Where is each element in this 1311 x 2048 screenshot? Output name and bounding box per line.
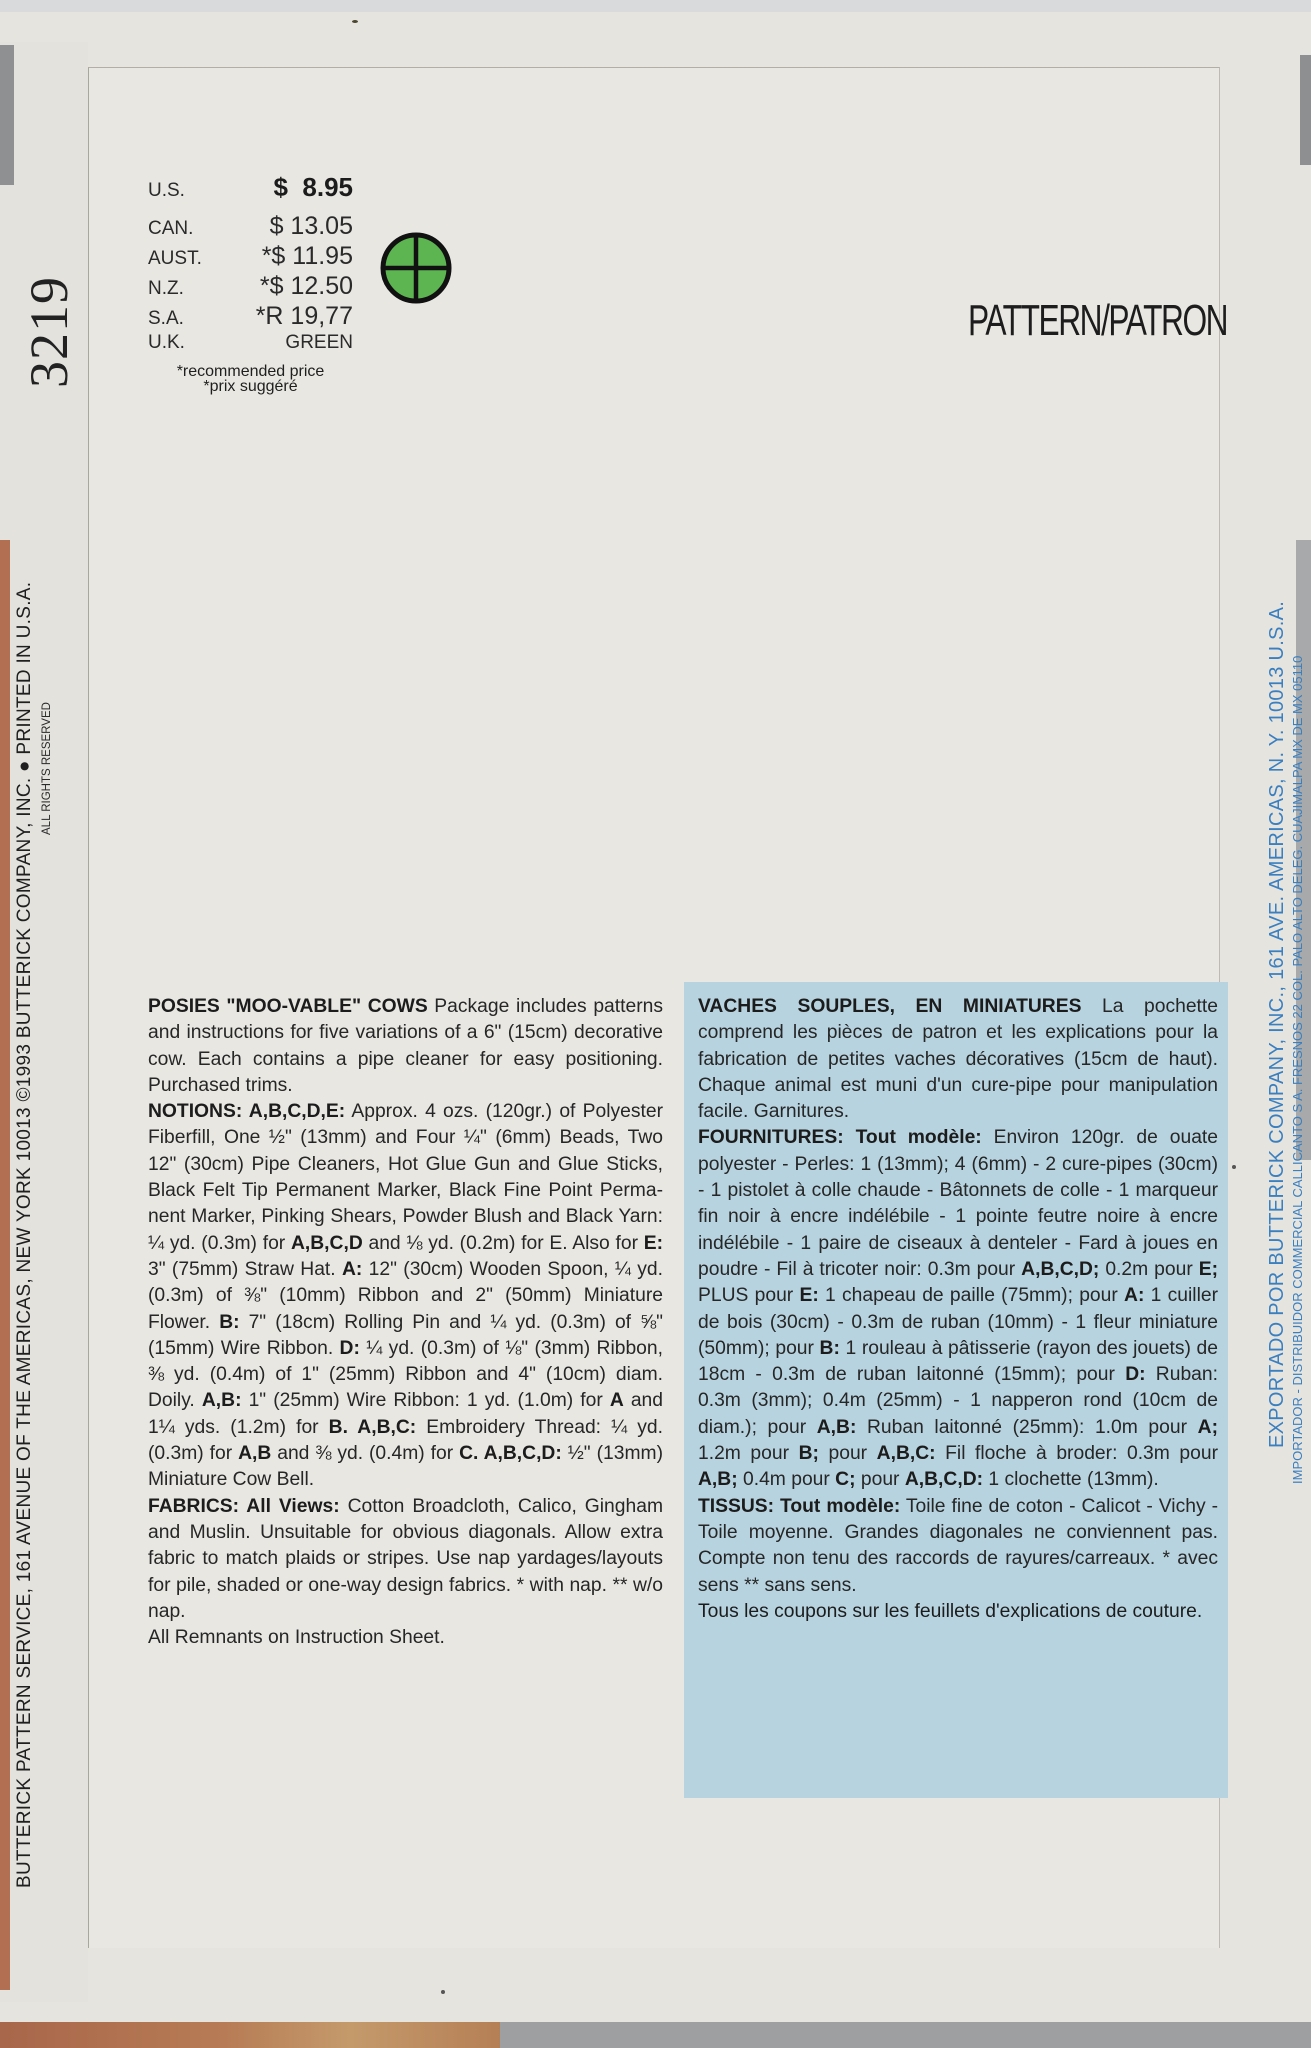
price-country: U.K. [148,332,185,354]
english-description: POSIES "MOO-VABLE" COWS Package includes… [148,994,663,1651]
view-label: A,B,C: [877,1443,936,1464]
notions-text: Approx. 4 ozs. (120gr.) of Polyester Fib… [148,1101,663,1253]
price-amount: GREEN [285,332,353,354]
price-country: S.A. [148,308,184,330]
paper-speck [1232,1165,1236,1169]
view-label: B: [820,1338,840,1359]
notions-text: 1" (25mm) Wire Ribbon: 1 yd. (1.0m) for [242,1390,610,1411]
spine-rights-text: ALL RIGHTS RESERVED [40,702,54,835]
fournitures-text: 0.2m pour [1099,1259,1198,1280]
view-label: A,B,C,D; [1021,1259,1099,1280]
price-row: S.A. *R 19,77 [148,302,353,332]
view-label: A: [1124,1285,1144,1306]
price-row: U.K. GREEN [148,332,353,362]
view-label: B: [219,1312,239,1333]
product-heading: VACHES SOUPLES, EN MINIATURES [698,996,1081,1017]
paper-speck [441,1990,445,1994]
description-paragraph: VACHES SOUPLES, EN MINIATURES La pochett… [698,994,1218,1125]
tissus-paragraph: TISSUS: Tout modèle: Toile fine de coton… [698,1494,1218,1599]
price-country: U.S. [148,180,185,202]
coupons-note: Tous les coupons sur les feuillets d'exp… [698,1599,1218,1625]
fabrics-label: FABRICS: All Views: [148,1496,340,1517]
view-label: D: [340,1338,360,1359]
fournitures-text: PLUS pour [698,1285,799,1306]
fournitures-text: pour [856,1469,905,1490]
fournitures-text: 1.2m pour [698,1443,799,1464]
price-row: N.Z. *$ 12.50 [148,272,353,302]
fournitures-paragraph: FOURNITURES: Tout modèle: Environ 120gr.… [698,1125,1218,1493]
view-label: A,B: [817,1417,857,1438]
price-row: AUST. *$ 11.95 [148,242,353,272]
remnants-note: All Remnants on Instruction Sheet. [148,1625,663,1651]
notions-text: and ⅜ yd. (0.4m) for [271,1443,459,1464]
price-country: N.Z. [148,278,184,300]
pattern-number: 3219 [18,276,80,388]
notions-text: 3" (75mm) Straw Hat. [148,1259,342,1280]
price-country: CAN. [148,218,193,240]
fournitures-text: pour [819,1443,877,1464]
view-label: D: [1125,1364,1145,1385]
edge-shadow [0,45,14,185]
pattern-title: PATTERN/PATRON [968,296,1227,346]
price-note-fr: *prix suggéré [148,379,353,394]
left-color-stripe [0,540,10,1990]
view-label: A: [342,1259,362,1280]
price-amount: $ 13.05 [270,212,353,241]
view-label: E: [799,1285,818,1306]
view-label: A,B,C,D [291,1233,363,1254]
price-amount: $ 8.95 [273,172,353,203]
coupons-text: Tous les coupons sur les feuillets d'exp… [698,1601,1202,1622]
french-description: VACHES SOUPLES, EN MINIATURES La pochett… [684,982,1228,1798]
fournitures-text: 1 chapeau de paille (75mm); pour [819,1285,1124,1306]
importer-text: IMPORTADOR - DISTRIBUIDOR COMMERCIAL CAL… [1290,656,1305,1484]
fournitures-text: Fil floche à broder: 0.3m pour [936,1443,1218,1464]
notions-paragraph: NOTIONS: A,B,C,D,E: Approx. 4 ozs. (120g… [148,1099,663,1493]
fournitures-text: 1 clochette (13mm). [983,1469,1159,1490]
paper-speck [352,20,358,23]
fournitures-text: Environ 120gr. de ouate polyester - Perl… [698,1127,1218,1279]
edge-shadow [1300,55,1311,165]
view-label: A [610,1390,624,1411]
price-amount: *$ 11.95 [262,242,353,271]
view-label: E; [1199,1259,1218,1280]
green-crosshair-circle-icon [380,232,452,304]
fabrics-paragraph: FABRICS: All Views: Cotton Broadcloth, C… [148,1494,663,1625]
view-label: B; [799,1443,819,1464]
notions-label: NOTIONS: A,B,C,D,E: [148,1101,345,1122]
fournitures-label: FOURNITURES: Tout modèle: [698,1127,982,1148]
notions-text: and ⅛ yd. (0.2m) for E. Also for [363,1233,644,1254]
view-label: A,B,C,D: [905,1469,983,1490]
view-label: A; [1198,1417,1218,1438]
view-label: E: [644,1233,663,1254]
view-label: C; [835,1469,855,1490]
view-label: C. A,B,C,D: [459,1443,562,1464]
bottom-color-strip [0,2022,500,2048]
price-amount: *$ 12.50 [260,272,353,301]
description-paragraph: POSIES "MOO-VABLE" COWS Package includes… [148,994,663,1099]
view-label: A,B [238,1443,271,1464]
price-row: CAN. $ 13.05 [148,212,353,242]
fournitures-text: Ruban laitonné (25mm): 1.0m pour [856,1417,1197,1438]
price-note: *recommended price *prix suggéré [148,364,353,394]
spine-publisher-text: BUTTERICK PATTERN SERVICE, 161 AVENUE OF… [14,582,36,1888]
price-note-en: *recommended price [148,364,353,379]
view-label: B. A,B,C: [329,1417,417,1438]
fournitures-text: 0.4m pour [738,1469,836,1490]
product-heading: POSIES "MOO-VABLE" COWS [148,996,428,1017]
view-label: A,B; [698,1469,738,1490]
view-label: A,B: [202,1390,242,1411]
tissus-label: TISSUS: Tout modèle: [698,1496,900,1517]
price-table: U.S. $ 8.95 CAN. $ 13.05 AUST. *$ 11.95 … [148,172,353,394]
price-row: U.S. $ 8.95 [148,172,353,212]
price-country: AUST. [148,248,202,270]
export-text: EXPORTADO POR BUTTERICK COMPANY, INC., 1… [1266,601,1289,1448]
price-amount: *R 19,77 [256,302,353,331]
